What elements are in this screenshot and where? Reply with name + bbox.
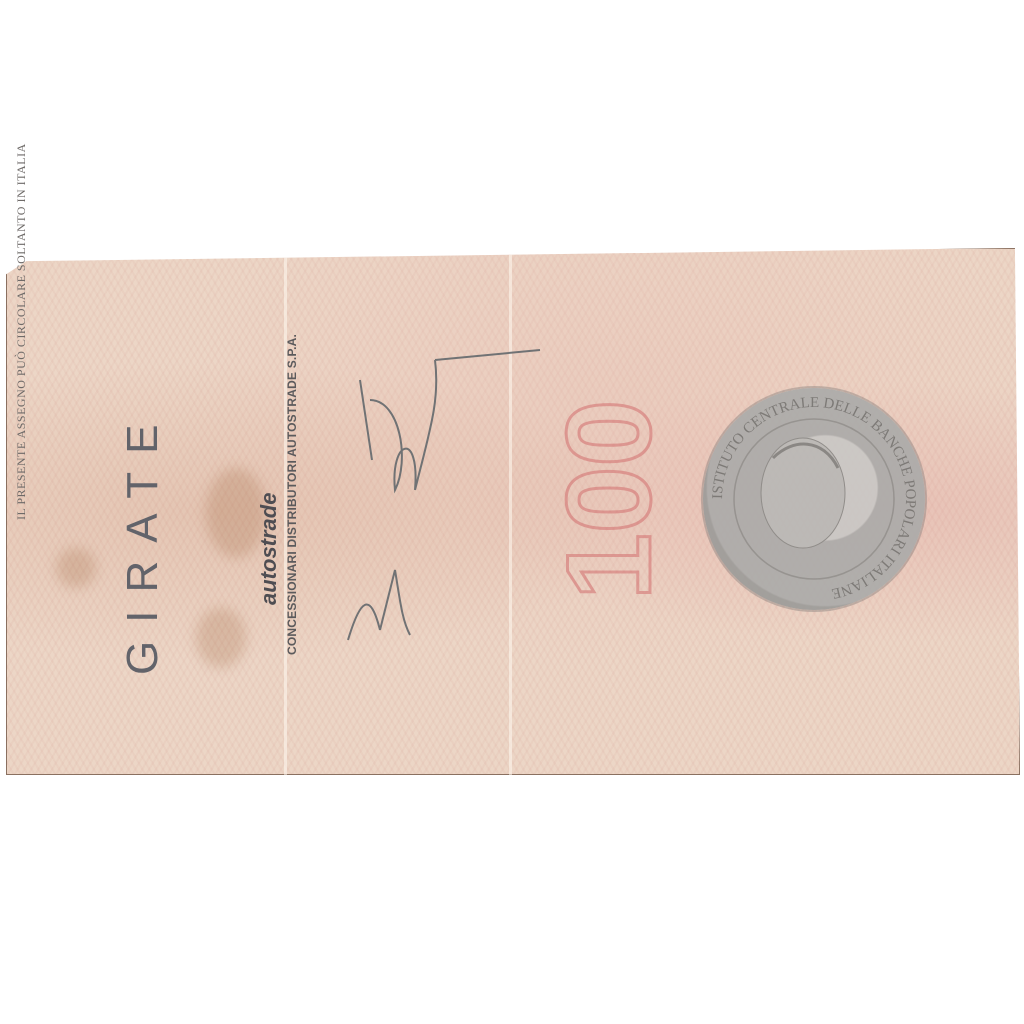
issuer-name: CONCESSIONARI DISTRIBUTORI AUTOSTRADE S.… (285, 334, 299, 655)
bank-seal: ISTITUTO CENTRALE DELLE BANCHE POPOLARI … (703, 388, 925, 610)
stain (56, 548, 96, 588)
issuer-brand: autostrade (256, 493, 282, 605)
stain (196, 608, 246, 668)
seal-emblem-icon: ISTITUTO CENTRALE DELLE BANCHE POPOLARI … (703, 388, 925, 610)
signature-upper (340, 340, 560, 660)
legal-circulation-text: IL PRESENTE ASSEGNO PUÒ CIRCOLARE SOLTAN… (14, 143, 29, 520)
denomination-overprint: 100 (540, 400, 678, 600)
signature-lower (348, 570, 410, 640)
endorsements-heading: GIRATE (118, 406, 168, 675)
